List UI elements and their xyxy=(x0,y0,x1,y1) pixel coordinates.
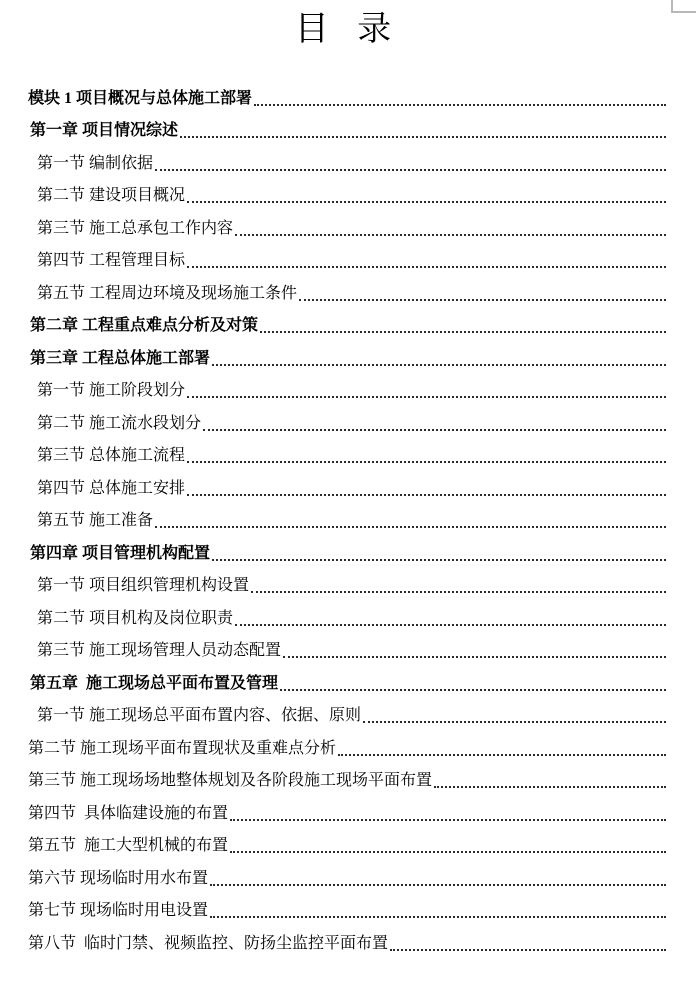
toc-entry-label: 第四节 总体施工安排 xyxy=(37,480,185,498)
toc-entry-label: 第五章 施工现场总平面布置及管理 xyxy=(30,675,278,693)
dot-leader xyxy=(235,234,666,236)
toc-entry-label: 第三节 施工现场管理人员动态配置 xyxy=(37,642,281,660)
dot-leader xyxy=(187,494,666,496)
toc-entry[interactable]: 第五节 施工大型机械的布置 xyxy=(28,825,666,858)
toc-entry[interactable]: 第三节 总体施工流程 xyxy=(28,435,666,468)
dot-leader xyxy=(230,819,666,821)
dot-leader xyxy=(299,299,666,301)
toc-entry[interactable]: 第四节 具体临建设施的布置 xyxy=(28,792,666,825)
toc-entry[interactable]: 第五节 施工准备 xyxy=(28,500,666,533)
toc-entry[interactable]: 第三节 施工总承包工作内容 xyxy=(28,207,666,240)
toc-entry[interactable]: 第五节 工程周边环境及现场施工条件 xyxy=(28,272,666,305)
toc-entry[interactable]: 第三节 施工现场管理人员动态配置 xyxy=(28,630,666,663)
dot-leader xyxy=(280,689,666,691)
toc-entry[interactable]: 第二章 工程重点难点分析及对策 xyxy=(28,305,666,338)
toc-entry[interactable]: 第五章 施工现场总平面布置及管理 xyxy=(28,662,666,695)
dot-leader xyxy=(235,624,666,626)
page-corner-mark xyxy=(671,0,696,13)
toc-entry-label: 第一节 编制依据 xyxy=(37,155,153,173)
page-title: 目 录 xyxy=(0,8,696,52)
toc-entry-label: 第二节 项目机构及岗位职责 xyxy=(37,610,233,628)
dot-leader xyxy=(187,266,666,268)
toc-entry[interactable]: 第四章 项目管理机构配置 xyxy=(28,532,666,565)
toc-entry-label: 第三节 总体施工流程 xyxy=(37,447,185,465)
dot-leader xyxy=(254,104,666,106)
toc-entry[interactable]: 第三章 工程总体施工部署 xyxy=(28,337,666,370)
toc-entry-label: 第一节 项目组织管理机构设置 xyxy=(37,577,249,595)
document-page: 目 录 模块 1 项目概况与总体施工部署 第一章 项目情况综述 第一节 编制依据… xyxy=(0,0,696,984)
dot-leader xyxy=(212,364,666,366)
toc-entry-label: 第七节 现场临时用电设置 xyxy=(28,902,208,920)
dot-leader xyxy=(338,754,666,756)
toc-entry[interactable]: 第四节 总体施工安排 xyxy=(28,467,666,500)
dot-leader xyxy=(390,949,666,951)
dot-leader xyxy=(212,559,666,561)
dot-leader xyxy=(155,169,666,171)
toc-entry-label: 第二节 施工现场平面布置现状及重难点分析 xyxy=(28,740,336,758)
toc-entry-label: 第五节 施工准备 xyxy=(37,512,153,530)
toc-entry-label: 第五节 施工大型机械的布置 xyxy=(28,837,228,855)
toc-entry-label: 第四节 具体临建设施的布置 xyxy=(28,805,228,823)
dot-leader xyxy=(180,136,666,138)
toc-entry-label: 第一章 项目情况综述 xyxy=(30,122,178,140)
toc-entry-label: 第五节 工程周边环境及现场施工条件 xyxy=(37,285,297,303)
toc-entry[interactable]: 第二节 施工流水段划分 xyxy=(28,402,666,435)
dot-leader xyxy=(363,721,666,723)
dot-leader xyxy=(283,656,666,658)
dot-leader xyxy=(210,884,666,886)
toc-entry-label: 第一节 施工阶段划分 xyxy=(37,382,185,400)
dot-leader xyxy=(260,331,666,333)
toc-entry[interactable]: 第一节 编制依据 xyxy=(28,142,666,175)
toc-entry-label: 第二节 施工流水段划分 xyxy=(37,415,201,433)
toc-entry[interactable]: 第二节 项目机构及岗位职责 xyxy=(28,597,666,630)
toc-entry[interactable]: 第二节 建设项目概况 xyxy=(28,175,666,208)
toc-entry[interactable]: 第一章 项目情况综述 xyxy=(28,110,666,143)
dot-leader xyxy=(155,526,666,528)
toc-entry-label: 第三节 施工现场场地整体规划及各阶段施工现场平面布置 xyxy=(28,772,432,790)
dot-leader xyxy=(434,786,666,788)
toc-entry-label: 第三节 施工总承包工作内容 xyxy=(37,220,233,238)
toc-entry-label: 第三章 工程总体施工部署 xyxy=(30,350,210,368)
toc-entry-label: 第六节 现场临时用水布置 xyxy=(28,870,208,888)
toc-entry[interactable]: 第二节 施工现场平面布置现状及重难点分析 xyxy=(28,727,666,760)
toc-entry-label: 第一节 施工现场总平面布置内容、依据、原则 xyxy=(37,707,361,725)
toc-entry[interactable]: 第四节 工程管理目标 xyxy=(28,240,666,273)
toc-entry-label: 第四章 项目管理机构配置 xyxy=(30,545,210,563)
toc-entry-label: 第八节 临时门禁、视频监控、防扬尘监控平面布置 xyxy=(28,935,388,953)
toc-list: 模块 1 项目概况与总体施工部署 第一章 项目情况综述 第一节 编制依据 第二节… xyxy=(0,77,696,955)
toc-entry-label: 第四节 工程管理目标 xyxy=(37,252,185,270)
toc-entry[interactable]: 第一节 项目组织管理机构设置 xyxy=(28,565,666,598)
dot-leader xyxy=(187,461,666,463)
toc-entry[interactable]: 第三节 施工现场场地整体规划及各阶段施工现场平面布置 xyxy=(28,760,666,793)
toc-entry[interactable]: 第八节 临时门禁、视频监控、防扬尘监控平面布置 xyxy=(28,922,666,955)
toc-entry-label: 模块 1 项目概况与总体施工部署 xyxy=(28,90,252,108)
dot-leader xyxy=(230,851,666,853)
toc-entry[interactable]: 第一节 施工阶段划分 xyxy=(28,370,666,403)
toc-entry[interactable]: 第六节 现场临时用水布置 xyxy=(28,857,666,890)
toc-entry-label: 第二章 工程重点难点分析及对策 xyxy=(30,317,258,335)
toc-entry[interactable]: 第一节 施工现场总平面布置内容、依据、原则 xyxy=(28,695,666,728)
toc-entry[interactable]: 第七节 现场临时用电设置 xyxy=(28,890,666,923)
dot-leader xyxy=(187,201,666,203)
dot-leader xyxy=(203,429,666,431)
dot-leader xyxy=(251,591,666,593)
toc-entry-label: 第二节 建设项目概况 xyxy=(37,187,185,205)
dot-leader xyxy=(210,916,666,918)
dot-leader xyxy=(187,396,666,398)
toc-entry[interactable]: 模块 1 项目概况与总体施工部署 xyxy=(28,77,666,110)
